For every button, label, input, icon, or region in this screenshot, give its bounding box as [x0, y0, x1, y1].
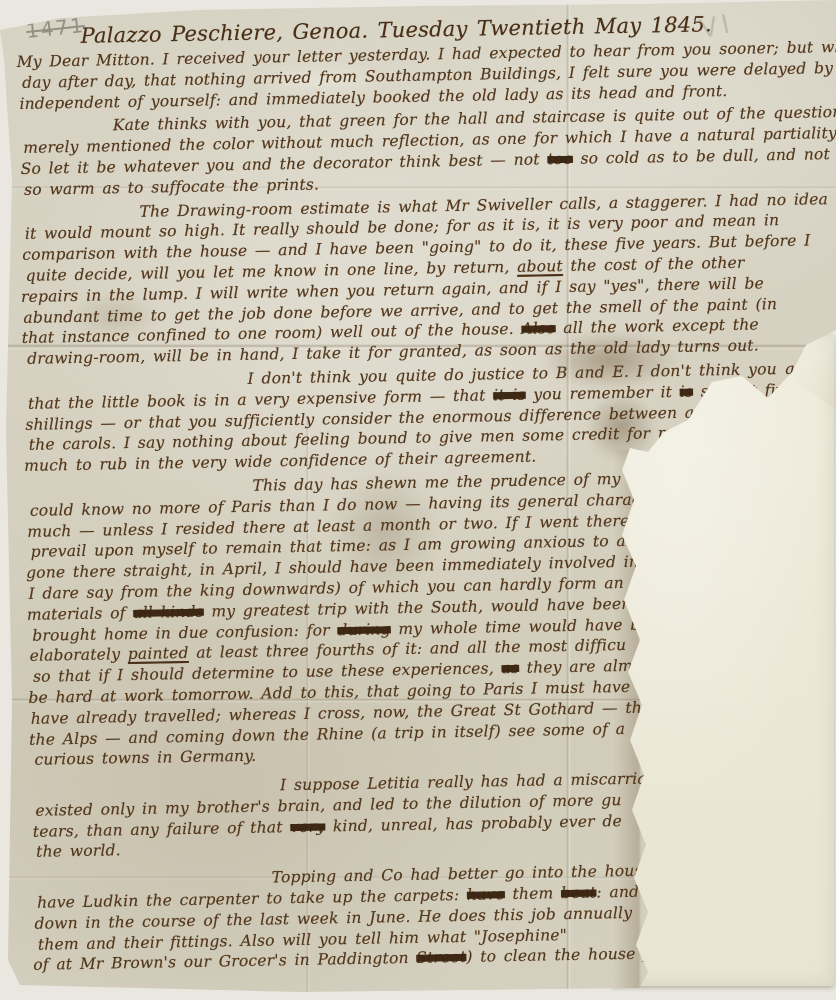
crossed-out-word: is [680, 382, 694, 400]
scan-background: Palazzo Peschiere, Genoa. Tuesday Twenti… [0, 0, 836, 1000]
crossed-out-word: as [501, 659, 519, 677]
letter-paragraph: The Drawing-room estimate is what Mr Swi… [19, 188, 836, 370]
crossed-out-word: very [290, 817, 325, 836]
crossed-out-word: it is [493, 385, 526, 404]
underlined-word: about [517, 257, 563, 276]
crossed-out-word: beat [561, 884, 597, 903]
crossed-out-word: Also [521, 320, 556, 339]
letter-paragraph: Kate thinks with you, that green for the… [18, 102, 836, 200]
crossed-out-word: too [547, 150, 573, 168]
crossed-out-word: all kinds [133, 602, 204, 621]
crossed-out-word: Street [416, 948, 466, 967]
underlined-word: painted [128, 644, 189, 663]
crossed-out-word: during [337, 620, 391, 639]
crossed-out-word: have [467, 885, 505, 904]
